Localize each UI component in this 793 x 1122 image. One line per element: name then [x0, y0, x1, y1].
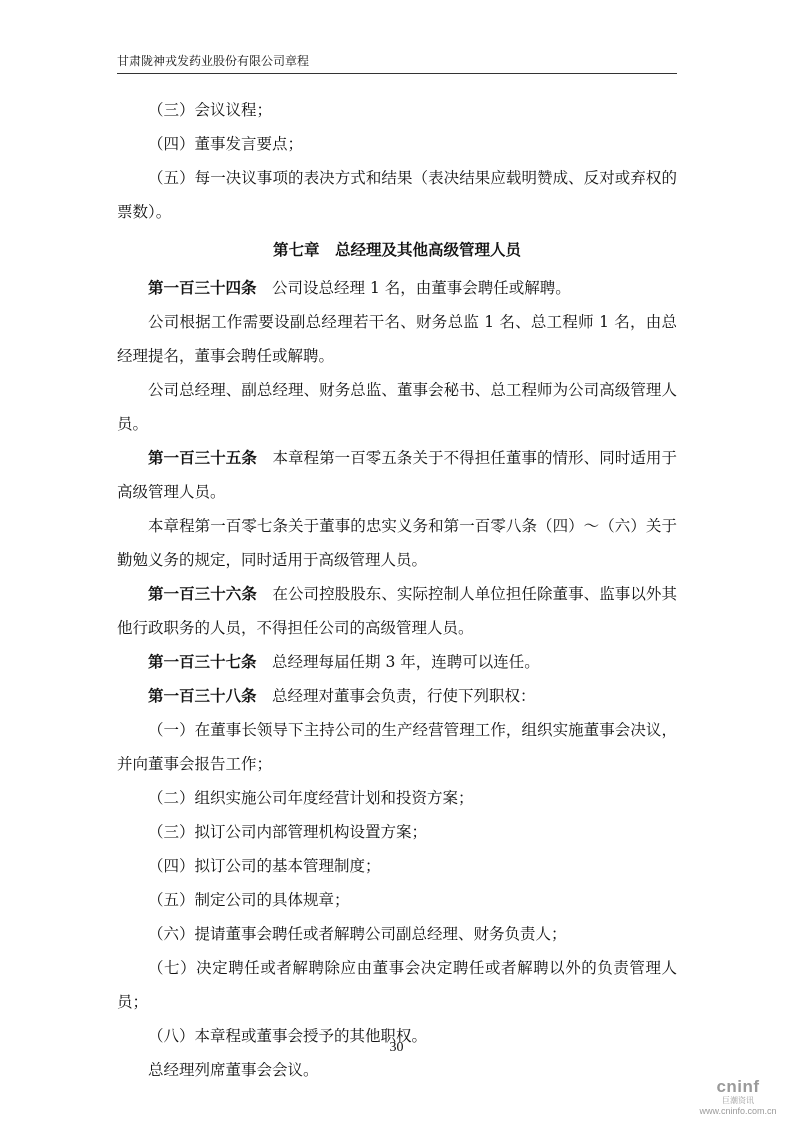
cninfo-watermark: cninf 巨潮资讯 www.cninfo.com.cn — [693, 1078, 783, 1117]
power-item: （四）拟订公司的基本管理制度； — [117, 849, 677, 883]
article-paragraph: 公司总经理、副总经理、财务总监、董事会秘书、总工程师为公司高级管理人员。 — [117, 373, 677, 441]
header-title: 甘肃陇神戎发药业股份有限公司章程 — [117, 54, 309, 68]
article-text: 公司总经理、副总经理、财务总监、董事会秘书、总工程师为公司高级管理人员。 — [117, 381, 677, 433]
article-text: 总经理对董事会负责，行使下列职权： — [272, 687, 536, 705]
watermark-subtitle: 巨潮资讯 — [693, 1096, 783, 1106]
article-label: 第一百三十七条 — [148, 653, 257, 671]
article-text: 总经理每届任期 3 年，连聘可以连任。 — [272, 653, 540, 671]
power-item: （七）决定聘任或者解聘除应由董事会决定聘任或者解聘以外的负责管理人员； — [117, 951, 677, 1019]
article-paragraph: 公司根据工作需要设副总经理若干名、财务总监 1 名、总工程师 1 名，由总经理提… — [117, 305, 677, 373]
closing-paragraph: 总经理列席董事会会议。 — [117, 1053, 677, 1087]
article-text: 公司设总经理 1 名，由董事会聘任或解聘。 — [272, 279, 571, 297]
power-item: （五）制定公司的具体规章； — [117, 883, 677, 917]
article-136: 第一百三十六条在公司控股股东、实际控制人单位担任除董事、监事以外其他行政职务的人… — [117, 577, 677, 645]
list-item: （五）每一决议事项的表决方式和结果（表决结果应载明赞成、反对或弃权的票数）。 — [117, 161, 677, 229]
power-item: （一）在董事长领导下主持公司的生产经营管理工作，组织实施董事会决议，并向董事会报… — [117, 713, 677, 781]
article-text: 本章程第一百零七条关于董事的忠实义务和第一百零八条（四）～（六）关于勤勉义务的规… — [117, 517, 677, 569]
article-label: 第一百三十四条 — [148, 279, 257, 297]
article-134: 第一百三十四条公司设总经理 1 名，由董事会聘任或解聘。 — [117, 271, 677, 305]
page-number: 30 — [0, 1040, 793, 1056]
article-label: 第一百三十八条 — [148, 687, 257, 705]
watermark-url: www.cninfo.com.cn — [693, 1106, 783, 1117]
article-paragraph: 本章程第一百零七条关于董事的忠实义务和第一百零八条（四）～（六）关于勤勉义务的规… — [117, 509, 677, 577]
document-body: （三）会议议程； （四）董事发言要点； （五）每一决议事项的表决方式和结果（表决… — [117, 93, 677, 1087]
article-text: 公司根据工作需要设副总经理若干名、财务总监 1 名、总工程师 1 名，由总经理提… — [117, 313, 677, 365]
power-item: （六）提请董事会聘任或者解聘公司副总经理、财务负责人； — [117, 917, 677, 951]
list-item: （四）董事发言要点； — [117, 127, 677, 161]
article-135: 第一百三十五条本章程第一百零五条关于不得担任董事的情形、同时适用于高级管理人员。 — [117, 441, 677, 509]
article-137: 第一百三十七条总经理每届任期 3 年，连聘可以连任。 — [117, 645, 677, 679]
article-label: 第一百三十五条 — [148, 449, 257, 467]
document-header: 甘肃陇神戎发药业股份有限公司章程 — [117, 52, 677, 74]
list-item: （三）会议议程； — [117, 93, 677, 127]
cninfo-logo-icon: cninf — [693, 1078, 783, 1096]
power-item: （二）组织实施公司年度经营计划和投资方案； — [117, 781, 677, 815]
article-label: 第一百三十六条 — [148, 585, 257, 603]
chapter-title: 第七章 总经理及其他高级管理人员 — [117, 233, 677, 267]
power-item: （三）拟订公司内部管理机构设置方案； — [117, 815, 677, 849]
article-138: 第一百三十八条总经理对董事会负责，行使下列职权： — [117, 679, 677, 713]
